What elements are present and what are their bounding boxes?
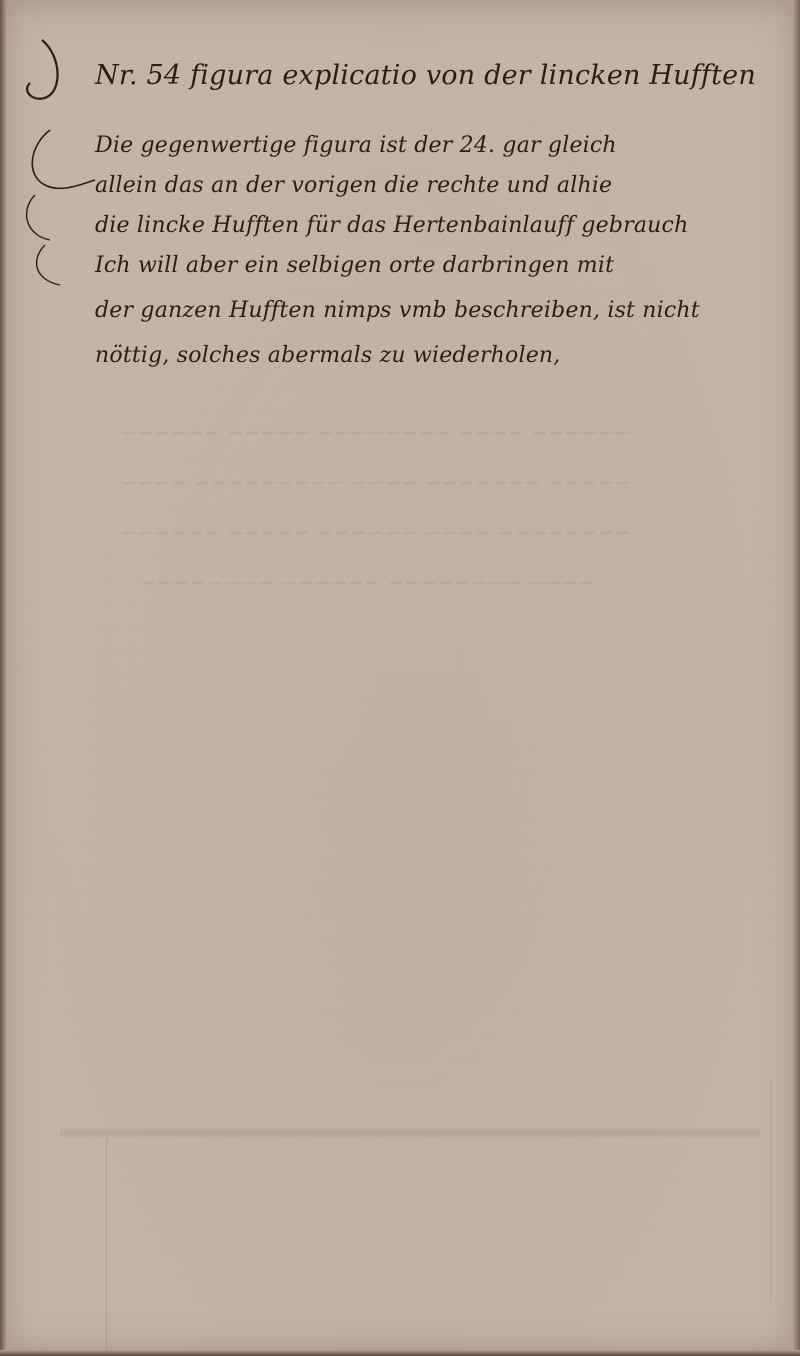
paper-fold-crease: [60, 1127, 760, 1139]
page-edge-bottom: [0, 1350, 800, 1356]
manuscript-page: ~~~~~~ ~~~~ ~~~~~~~~ ~~~~~ ~~~~~~ ~~~~~ …: [0, 0, 800, 1356]
text-line-5: der ganzen Hufften nimps vmb beschreiben…: [95, 298, 700, 323]
margin-rule-right: [770, 1080, 771, 1300]
text-line-1: Die gegenwertige figura ist der 24. gar …: [95, 133, 617, 158]
bleed-through-text: ~~~~~~ ~~~~ ~~~~~~~~ ~~~~~ ~~~~~~: [120, 420, 631, 444]
heading: Nr. 54 figura explicatio von der lincken…: [95, 60, 756, 91]
page-edge-right: [792, 0, 800, 1356]
bleed-through-text: ~~~~~ ~~~~~~~ ~~~~ ~~~~~~~~~ ~~~~: [120, 470, 631, 494]
text-line-2: allein das an der vorigen die rechte und…: [95, 173, 612, 198]
bleed-through-text: ~~~~~~~~ ~~~~ ~~~~~~ ~~~~~ ~~~~~~: [120, 520, 631, 544]
page-edge-left: [0, 0, 6, 1356]
margin-rule-left: [106, 1138, 107, 1348]
text-line-6: nöttig, solches abermals zu wiederholen,: [95, 343, 561, 368]
text-line-4: Ich will aber ein selbigen orte darbring…: [95, 253, 614, 278]
text-line-3: die lincke Hufften für das Hertenbainlau…: [95, 213, 688, 238]
bleed-through-text: ~~~~ ~~~~~~~~ ~~~~~~ ~~~~~~~~: [140, 570, 595, 594]
